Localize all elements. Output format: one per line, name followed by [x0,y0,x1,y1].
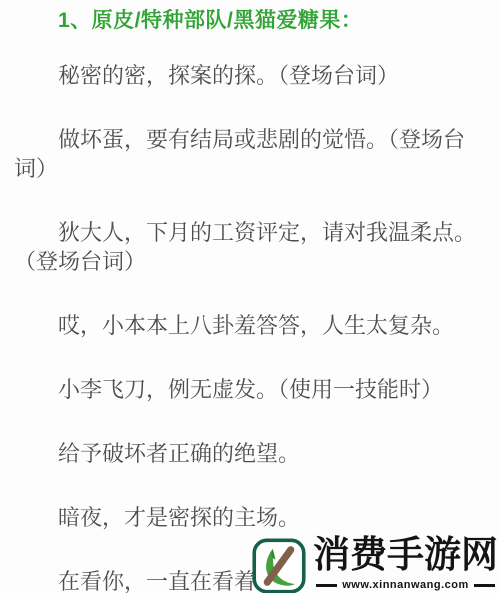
paragraph: 给予破坏者正确的绝望。 [14,439,486,468]
paragraph: 做坏蛋，要有结局或悲剧的觉悟。（登场台 词） [14,125,486,183]
watermark-text-block: 消费手游网 www.xinnanwang.com [313,534,498,591]
paragraph: 狄大人，下月的工资评定，请对我温柔点。 （登场台词） [14,218,486,276]
paragraph-line: 词） [14,154,486,183]
paragraph-line: 给予破坏者正确的绝望。 [14,439,486,468]
article: 1、原皮/特种部队/黑猫爱糖果： 秘密的密，探案的探。（登场台词） 做坏蛋，要有… [0,6,500,593]
paragraph-line: 暗夜，才是密探的主场。 [14,503,486,532]
article-title: 1、原皮/特种部队/黑猫爱糖果： [14,6,486,36]
site-url: www.xinnanwang.com [342,579,469,591]
paragraph-line: 哎，小本本上八卦羞答答，人生太复杂。 [14,311,486,340]
paragraph: 暗夜，才是密探的主场。 [14,503,486,532]
paragraph-line: 秘密的密，探案的探。（登场台词） [14,61,486,90]
paragraph-line: （登场台词） [14,247,486,276]
paragraph-line: 做坏蛋，要有结局或悲剧的觉悟。（登场台 [14,125,486,154]
right-rule-line [474,584,495,587]
site-watermark: 消费手游网 www.xinnanwang.com [252,534,500,593]
paragraph-line: 狄大人，下月的工资评定，请对我温柔点。 [14,218,486,247]
left-rule-line [316,584,337,587]
site-name: 消费手游网 [313,536,498,576]
site-url-row: www.xinnanwang.com [313,579,498,591]
paragraph: 小李飞刀，例无虚发。（使用一技能时） [14,375,486,404]
paragraph: 秘密的密，探案的探。（登场台词） [14,61,486,90]
paragraph: 哎，小本本上八卦羞答答，人生太复杂。 [14,311,486,340]
paragraph-line: 小李飞刀，例无虚发。（使用一技能时） [14,375,486,404]
leaf-and-stick-logo-icon [252,538,306,593]
